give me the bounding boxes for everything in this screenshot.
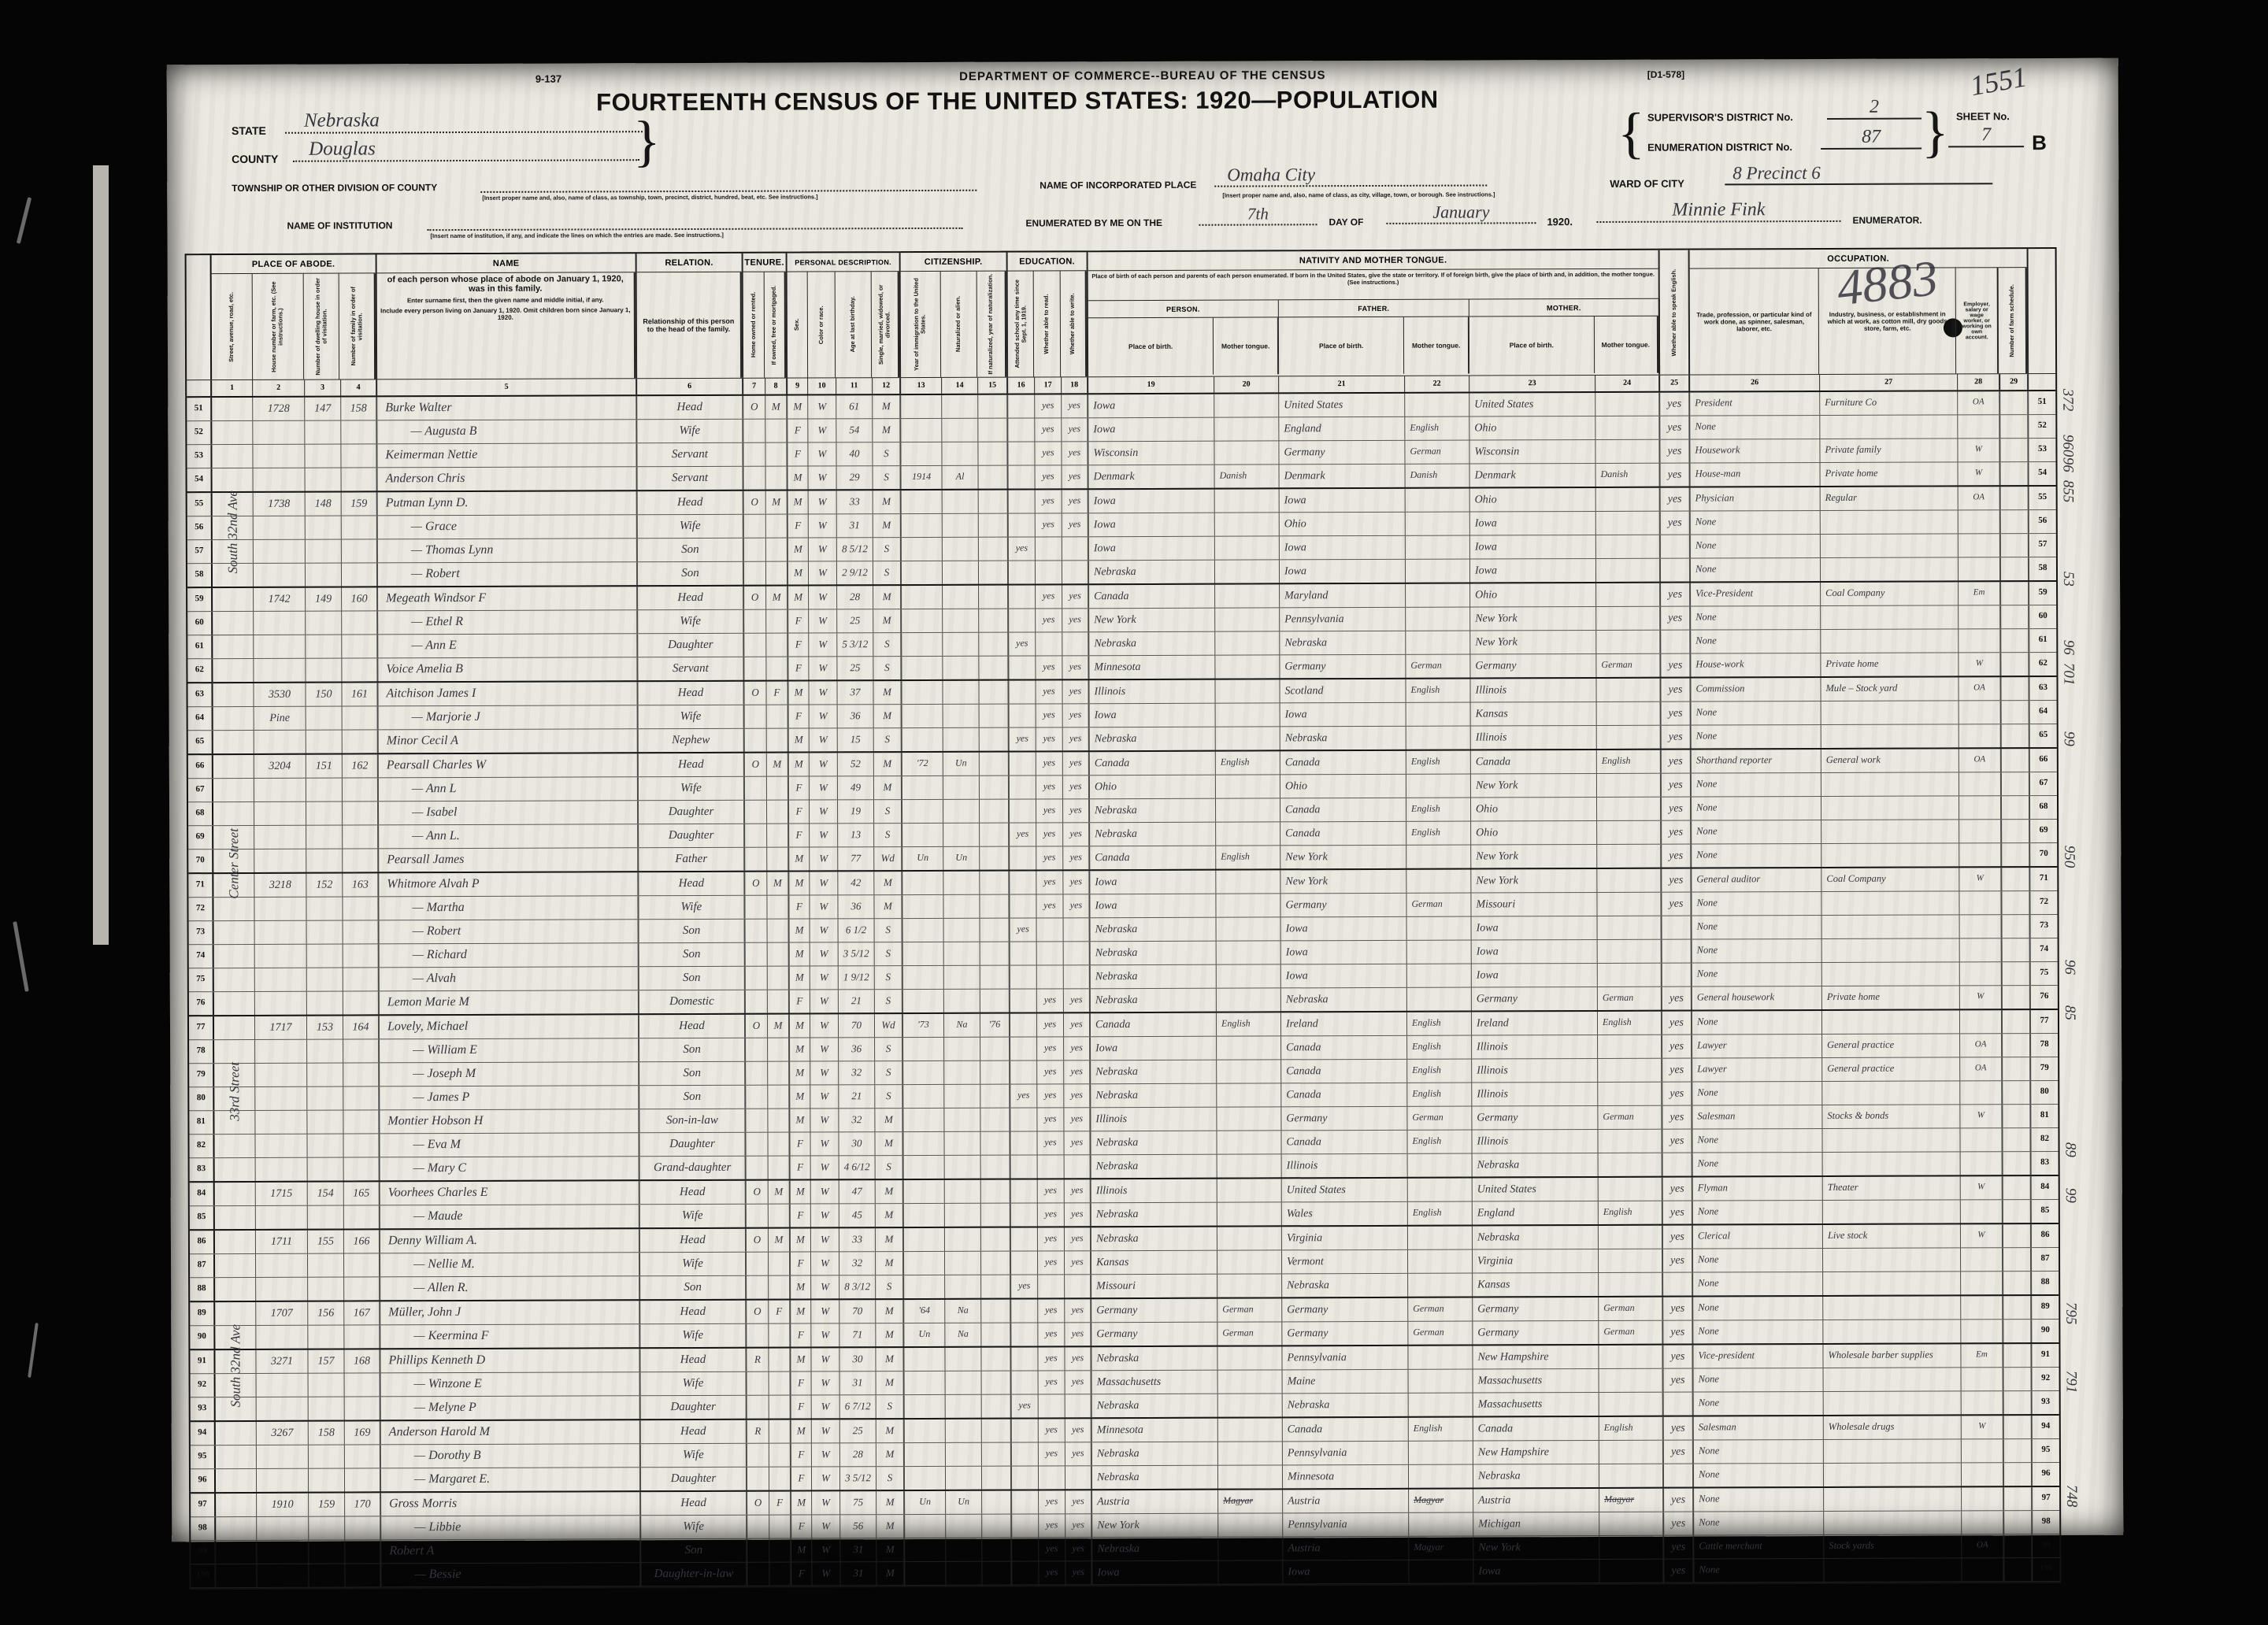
cell-trade: Housework [1690,439,1820,463]
cell-name: — Grace [378,515,638,539]
cell-trade: None [1693,1272,1823,1296]
cell-age: 56 [840,1515,876,1538]
cell-owned [744,657,766,680]
cell-mother-pob: Canada [1473,1417,1599,1441]
cell-school [1010,799,1036,822]
cell-english: yes [1662,726,1692,749]
cell-relation: Son [638,562,744,585]
cell-relation: Head [641,1420,747,1443]
cell-mortgage [769,1205,791,1227]
cell-trade: None [1692,963,1822,986]
row-number-left: 90 [190,1326,215,1349]
cell-mother-tongue2 [1599,1441,1664,1464]
cell-father-pob: Canada [1281,1131,1407,1154]
cell-dwelling [305,421,341,444]
column-header-pob: Place of birth. [1088,318,1214,376]
scan-artifact [17,197,31,243]
cell-industry [1823,1320,1961,1343]
cell-father-pob: United States [1279,394,1405,417]
ward-label: WARD OF CITY [1610,178,1684,190]
column-number: 28 [1958,374,2000,390]
cell-mother-tongue2 [1598,940,1662,963]
cell-sex: M [790,942,810,965]
column-header-label: If owned, free or mortgaged. [771,285,778,365]
cell-marital: M [874,776,902,799]
cell-farm-schedule [2001,557,2029,580]
cell-employer [1960,938,2003,961]
cell-naturalization-year [980,895,1010,918]
cell-name: — Joseph M [380,1062,639,1086]
cell-sex: M [789,847,810,870]
cell-naturalized: Un [943,847,980,870]
enumerated-year: 1920. [1547,216,1573,228]
cell-street [214,1064,255,1086]
column-number: 2 [253,380,305,396]
cell-marital: M [876,1348,904,1371]
cell-pob: Illinois [1089,680,1215,704]
row-number-right: 71 [2030,868,2057,890]
cell-english: yes [1663,1321,1693,1344]
cell-english: yes [1664,1512,1694,1535]
cell-marital: S [875,1085,903,1108]
cell-write: yes [1063,823,1090,846]
cell-mortgage [768,1133,790,1156]
cell-sex: F [791,1252,811,1275]
cell-naturalization-year [979,657,1009,679]
cell-father-tongue [1406,513,1470,535]
cell-industry: Furniture Co [1820,391,1958,415]
cell-immigration-year [903,966,944,989]
cell-mortgage [769,1349,791,1371]
cell-sex: F [791,1395,812,1418]
cell-school [1012,1466,1039,1489]
row-number-left: 69 [188,826,213,849]
column-header-naturalization-year: If naturalized, year of naturalization. [976,272,1006,377]
cell-father-tongue: English [1406,679,1470,702]
cell-age: 25 [840,1420,876,1442]
cell-mother-tongue2 [1599,1346,1663,1368]
cell-immigration-year [903,1132,944,1155]
row-number-left: 51 [187,398,212,420]
cell-race: W [810,753,838,775]
cell-immigration-year [903,1109,944,1131]
cell-sex: M [791,1180,811,1203]
cell-age: 71 [839,1323,876,1346]
cell-school [1011,1203,1038,1226]
cell-school [1010,871,1036,894]
cell-naturalization-year [980,1132,1010,1155]
cell-employer [1959,510,2001,533]
column-header-industry: Industry, business, or establishment in … [1819,268,1957,374]
group-citizenship: CITIZENSHIP.Year of immigration to the U… [901,253,1009,377]
row-number-right: 74 [2031,938,2058,961]
cell-naturalization-year [980,705,1010,727]
cell-house [256,1254,308,1277]
cell-read [1037,942,1064,964]
cell-street [213,564,254,587]
cell-trade: Flyman [1693,1177,1823,1201]
cell-naturalized [945,1204,981,1227]
cell-industry [1821,772,1959,796]
cell-father-pob: Maine [1283,1370,1409,1394]
cell-family [341,444,377,467]
cell-naturalization-year [978,419,1008,442]
cell-owned [745,777,767,800]
cell-name: — Robert [378,562,638,586]
cell-race: W [810,1061,839,1084]
cell-farm-schedule [2004,1368,2033,1390]
cell-read: yes [1038,1203,1065,1226]
cell-trade: None [1691,630,1821,653]
cell-marital: M [876,1562,905,1585]
cell-naturalized [943,633,979,656]
cell-house [253,445,305,468]
group-title: PERSONAL DESCRIPTION. [787,253,899,272]
cell-street [212,398,253,420]
cell-read: yes [1036,799,1063,822]
cell-industry [1821,724,1959,748]
scan-artifact [13,921,29,992]
cell-family [343,706,379,729]
cell-dwelling [307,992,343,1015]
cell-industry [1823,1248,1961,1271]
cell-father-pob: Pennsylvania [1282,1346,1408,1370]
cell-relation: Son [640,1276,747,1299]
row-number-right: 81 [2031,1105,2058,1127]
cell-father-tongue: English [1407,1060,1472,1083]
cell-mortgage [767,729,789,752]
group-body: Street, avenue, road, etc.House number o… [212,273,376,379]
cell-father-pob: Nebraska [1281,988,1407,1012]
cell-naturalized [943,561,979,584]
cell-school [1009,465,1036,488]
cell-race: W [809,633,837,656]
cell-naturalization-year [980,942,1010,965]
cell-employer [1960,962,2003,985]
cell-age: 6 7/12 [840,1395,876,1418]
cell-street [215,1231,256,1253]
cell-father-pob: Austria [1283,1490,1409,1513]
cell-english: yes [1662,774,1692,797]
cell-industry: Wholesale drugs [1824,1416,1962,1439]
cell-farm-schedule [2001,510,2029,533]
cell-street [213,898,254,920]
cell-write: yes [1064,989,1091,1012]
cell-relation: Wife [638,610,744,633]
cell-mother-tongue [1214,441,1279,464]
cell-relation: Servant [638,467,744,490]
cell-street [215,1278,256,1301]
cell-mortgage [767,896,789,919]
cell-employer [1962,1511,2004,1534]
cell-age: 32 [839,1061,875,1084]
subgroup-title: FATHER. [1279,300,1469,318]
cell-dwelling: 147 [305,398,341,420]
cell-school [1010,1013,1037,1036]
cell-naturalization-year [980,1038,1010,1061]
cell-father-pob: Nebraska [1280,727,1406,750]
cell-mother-tongue [1215,513,1280,535]
cell-trade: None [1690,416,1820,439]
cell-father-pob: Ireland [1281,1012,1407,1036]
cell-marital: Wd [874,847,902,870]
cell-write [1065,1275,1091,1297]
cell-naturalized [946,1467,982,1490]
cell-father-pob: Canada [1281,1036,1407,1060]
cell-naturalized [946,1538,982,1561]
cell-employer: W [1958,439,2000,461]
state-label: STATE [232,124,266,137]
group-title: PLACE OF ABODE. [212,254,376,274]
cell-owned: O [744,491,766,514]
column-header-father-pob: Place of birth. [1279,317,1405,375]
row-number-right: 70 [2030,843,2057,866]
cell-write: yes [1065,1299,1091,1322]
subgroup-title: PERSON. [1088,300,1278,318]
cell-pob: Iowa [1092,1561,1218,1585]
county-value: Douglas [293,137,639,162]
cell-house [256,1278,308,1301]
subgroup: FATHER.Place of birth.Mother tongue. [1279,300,1469,375]
cell-race: W [810,705,838,727]
cell-dwelling: 150 [306,683,342,706]
cell-naturalization-year [979,586,1009,609]
cell-mortgage [768,920,790,942]
cell-naturalized [943,800,980,823]
cell-immigration-year [904,1204,945,1227]
cell-naturalization-year [980,800,1010,823]
cell-mother-tongue [1217,1131,1281,1153]
cell-race: W [809,681,837,704]
cell-sex: F [791,1371,812,1394]
cell-naturalization-year [981,1348,1011,1371]
cell-father-tongue: English [1409,1418,1473,1441]
cell-mother-tongue2 [1596,679,1661,701]
cell-mother-tongue: Danish [1215,465,1280,487]
cell-read [1036,561,1062,583]
group-title: NAME [377,254,636,273]
cell-family [344,1253,380,1276]
cell-naturalized: Un [943,753,980,775]
cell-dwelling [306,802,343,825]
cell-pob: Canada [1091,1013,1217,1037]
cell-mother-tongue [1216,775,1280,798]
cell-employer [1961,1152,2003,1175]
cell-name: — Keermina F [380,1324,640,1348]
cell-name: — Thomas Lynn [378,539,638,562]
cell-mother-tongue2 [1597,821,1662,844]
cell-farm-schedule [2002,749,2030,772]
column-number: 18 [1062,377,1088,393]
cell-mother-tongue2 [1599,1249,1663,1272]
cell-owned [747,1516,769,1538]
cell-write: yes [1062,442,1088,465]
cell-street [216,1564,257,1587]
column-number: 19 [1088,377,1214,394]
cell-school: yes [1009,537,1036,560]
cell-dwelling: 155 [308,1231,344,1253]
row-number-right: 100 [2033,1558,2059,1581]
cell-marital: S [876,1395,905,1418]
cell-family: 168 [344,1349,380,1372]
cell-street [213,635,254,658]
row-number-right: 73 [2031,915,2058,938]
cell-race: W [808,419,836,442]
cell-english [1661,535,1691,558]
cell-dwelling [307,968,343,991]
cell-marital: S [873,538,902,561]
row-number-right: 60 [2029,605,2056,628]
cell-dwelling [307,1111,343,1134]
row-number-right: 92 [2033,1368,2059,1390]
cell-mother-pob: New York [1471,845,1597,868]
cell-mother-tongue [1217,1179,1282,1201]
cell-name: Putman Lynn D. [378,491,638,515]
cell-house [254,659,306,682]
cell-marital: M [876,1252,904,1275]
column-header-mother-pob: Place of birth. [1469,316,1595,374]
cell-mother-tongue [1215,584,1280,607]
cell-house [255,945,307,968]
cell-mother-pob: Ohio [1470,488,1596,512]
cell-relation: Head [639,753,745,776]
cell-name: — Nellie M. [380,1253,640,1276]
enumerated-day: 7th [1199,204,1317,226]
cell-age: 8 3/12 [839,1275,876,1298]
cell-read: yes [1036,513,1062,536]
supervisor-value: 2 [1827,97,1921,120]
row-number-left: 56 [187,516,213,539]
cell-mother-tongue2 [1599,1560,1664,1582]
cell-employer: W [1959,462,2001,485]
cell-school [1011,1155,1038,1178]
row-number-left: 84 [190,1183,215,1205]
cell-relation: Head [640,1301,747,1323]
cell-father-tongue [1409,1513,1473,1536]
sheet-letter: B [2032,131,2047,155]
cell-owned: O [747,1229,769,1252]
cell-read [1037,965,1064,988]
margin-mark: 795 [2062,1302,2079,1325]
cell-pob: New York [1089,609,1215,632]
cell-english: yes [1663,1178,1693,1201]
cell-write: yes [1063,799,1090,822]
cell-naturalized [944,919,980,942]
cell-employer [1959,605,2001,628]
cell-write [1065,1394,1092,1417]
cell-relation: Wife [637,420,743,442]
cell-immigration-year [902,514,943,537]
cell-naturalization-year [982,1491,1012,1514]
cell-sex: M [791,1275,811,1298]
cell-name: — Mary C [380,1157,640,1180]
cell-street [215,1302,256,1325]
cell-owned: O [747,1301,769,1323]
cell-age: 75 [840,1491,876,1514]
cell-trade: None [1692,916,1822,939]
cell-relation: Son-in-law [639,1109,746,1132]
cell-mother-pob: Germany [1473,1297,1599,1321]
cell-dwelling [306,468,342,491]
cell-employer [1959,772,2002,795]
group-body: Trade, profession, or particular kind of… [1690,268,2027,374]
cell-sex: M [787,395,808,418]
cell-naturalization-year [980,1085,1010,1108]
row-number-left: 98 [191,1517,216,1540]
cell-sex: M [788,490,809,513]
cell-mother-pob: Wisconsin [1469,440,1595,464]
cell-father-tongue: German [1407,1107,1472,1130]
cell-father-tongue: German [1408,1322,1473,1345]
cell-relation: Head [639,872,745,895]
cell-age: 1 9/12 [839,966,875,989]
cell-name: Denny William A. [380,1229,640,1253]
cell-house [254,468,306,491]
cell-immigration-year [902,490,943,513]
cell-family [342,611,378,634]
cell-mother-pob: Iowa [1472,964,1598,987]
sheet-value: 7 [1948,124,2024,147]
cell-english: yes [1662,845,1692,868]
cell-age: 33 [839,1228,876,1251]
column-number: 13 [901,378,942,394]
cell-family: 166 [344,1230,380,1253]
cell-english: yes [1663,1297,1693,1320]
cell-naturalized [944,942,980,965]
cell-father-pob: Iowa [1283,1560,1409,1584]
cell-read: yes [1038,1179,1065,1202]
row-number-left: 74 [189,945,214,968]
cell-immigration-year [901,395,942,418]
cell-mortgage [765,420,787,442]
row-number-left: 95 [191,1445,216,1468]
cell-age: 8 5/12 [837,538,873,561]
cell-family: 160 [342,587,378,610]
cell-marital: S [873,633,902,656]
cell-industry [1824,1463,1962,1486]
column-header-label: If naturalized, year of naturalization. [988,274,995,375]
row-number-right: 85 [2032,1200,2059,1223]
cell-mother-pob: Massachusetts [1473,1393,1599,1416]
cell-race: W [812,1538,840,1561]
doc-number: [D1-578] [1647,69,1684,80]
cell-industry [1821,820,1959,843]
cell-english [1662,964,1692,986]
row-number-left: 86 [190,1231,215,1253]
cell-trade: None [1694,1559,1824,1582]
cell-house [256,1158,308,1181]
cell-farm-schedule [2001,582,2029,605]
cell-employer [1960,915,2003,938]
cell-dwelling [306,898,343,920]
row-number-left: 89 [190,1302,215,1325]
cell-relation: Wife [640,1324,747,1347]
cell-street [213,731,254,753]
cell-relation: Wife [640,1253,747,1275]
cell-mother-pob: Germany [1472,1106,1598,1130]
cell-read: yes [1037,1061,1064,1083]
cell-mortgage [766,610,788,633]
cell-naturalized: Un [946,1491,982,1514]
cell-name: — James P [380,1086,639,1109]
cell-family [343,1086,380,1109]
row-number-left: 72 [188,898,213,920]
cell-father-tongue [1406,536,1470,559]
column-header-name: of each person whose place of abode on J… [377,272,636,379]
cell-english: yes [1662,750,1692,773]
cell-relation: Head [639,1015,746,1038]
cell-read: yes [1036,704,1063,727]
